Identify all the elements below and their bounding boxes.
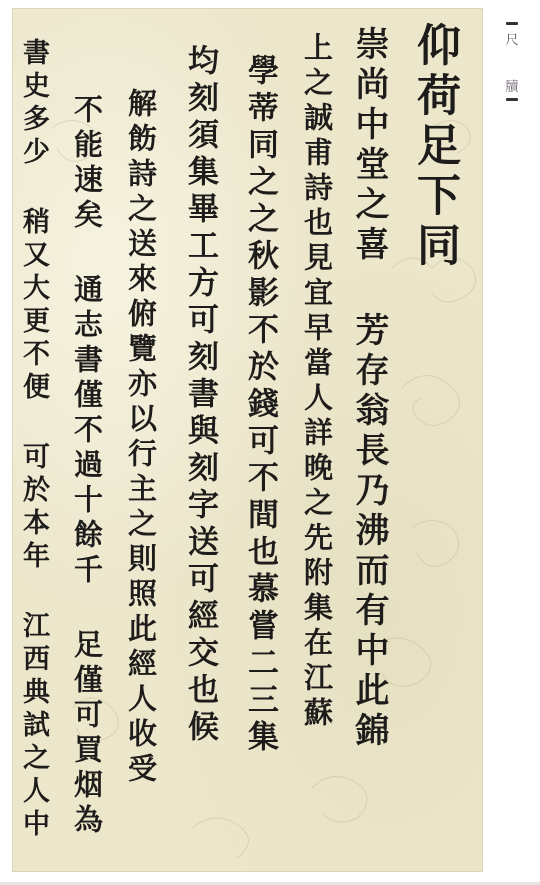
letter-column-6: 解飭詩之送來俯覽亦以行主之則照此經人收受 bbox=[126, 88, 155, 788]
section-header-label: 尺 牘 bbox=[500, 22, 524, 101]
letter-column-2: 崇尚中堂之喜 芳存翁長乃沸而有中此錦 bbox=[352, 26, 386, 752]
letter-column-4: 學蒂同之之秋影不於錢可不間也慕嘗二三集 bbox=[244, 54, 275, 757]
bracket-top-icon bbox=[506, 22, 518, 25]
letter-column-1: 仰荷足下同 bbox=[412, 22, 456, 272]
calligraphy-paper: 仰荷足下同 崇尚中堂之喜 芳存翁長乃沸而有中此錦 上之誠甫詩也見宜早當人詳晚之先… bbox=[12, 8, 483, 872]
letter-columns: 仰荷足下同 崇尚中堂之喜 芳存翁長乃沸而有中此錦 上之誠甫詩也見宜早當人詳晚之先… bbox=[12, 8, 483, 872]
letter-column-5: 均刻須集畢工方可刻書與刻字送可經交也候 bbox=[184, 44, 215, 747]
bracket-bottom-icon bbox=[506, 98, 518, 101]
letter-column-3: 上之誠甫詩也見宜早當人詳晚之先附集在江蘇 bbox=[302, 32, 331, 732]
letter-column-8: 書史多少 稍又大更不便 可於本年 江西典試之人中 bbox=[20, 38, 47, 842]
letter-column-7: 不能速矣 通志書僅不過十餘千 足僅可買烟為 bbox=[72, 94, 101, 839]
scan-page: 仰荷足下同 崇尚中堂之喜 芳存翁長乃沸而有中此錦 上之誠甫詩也見宜早當人詳晚之先… bbox=[0, 0, 540, 885]
header-char-du: 牘 bbox=[505, 76, 518, 95]
header-char-chi: 尺 bbox=[505, 29, 518, 48]
